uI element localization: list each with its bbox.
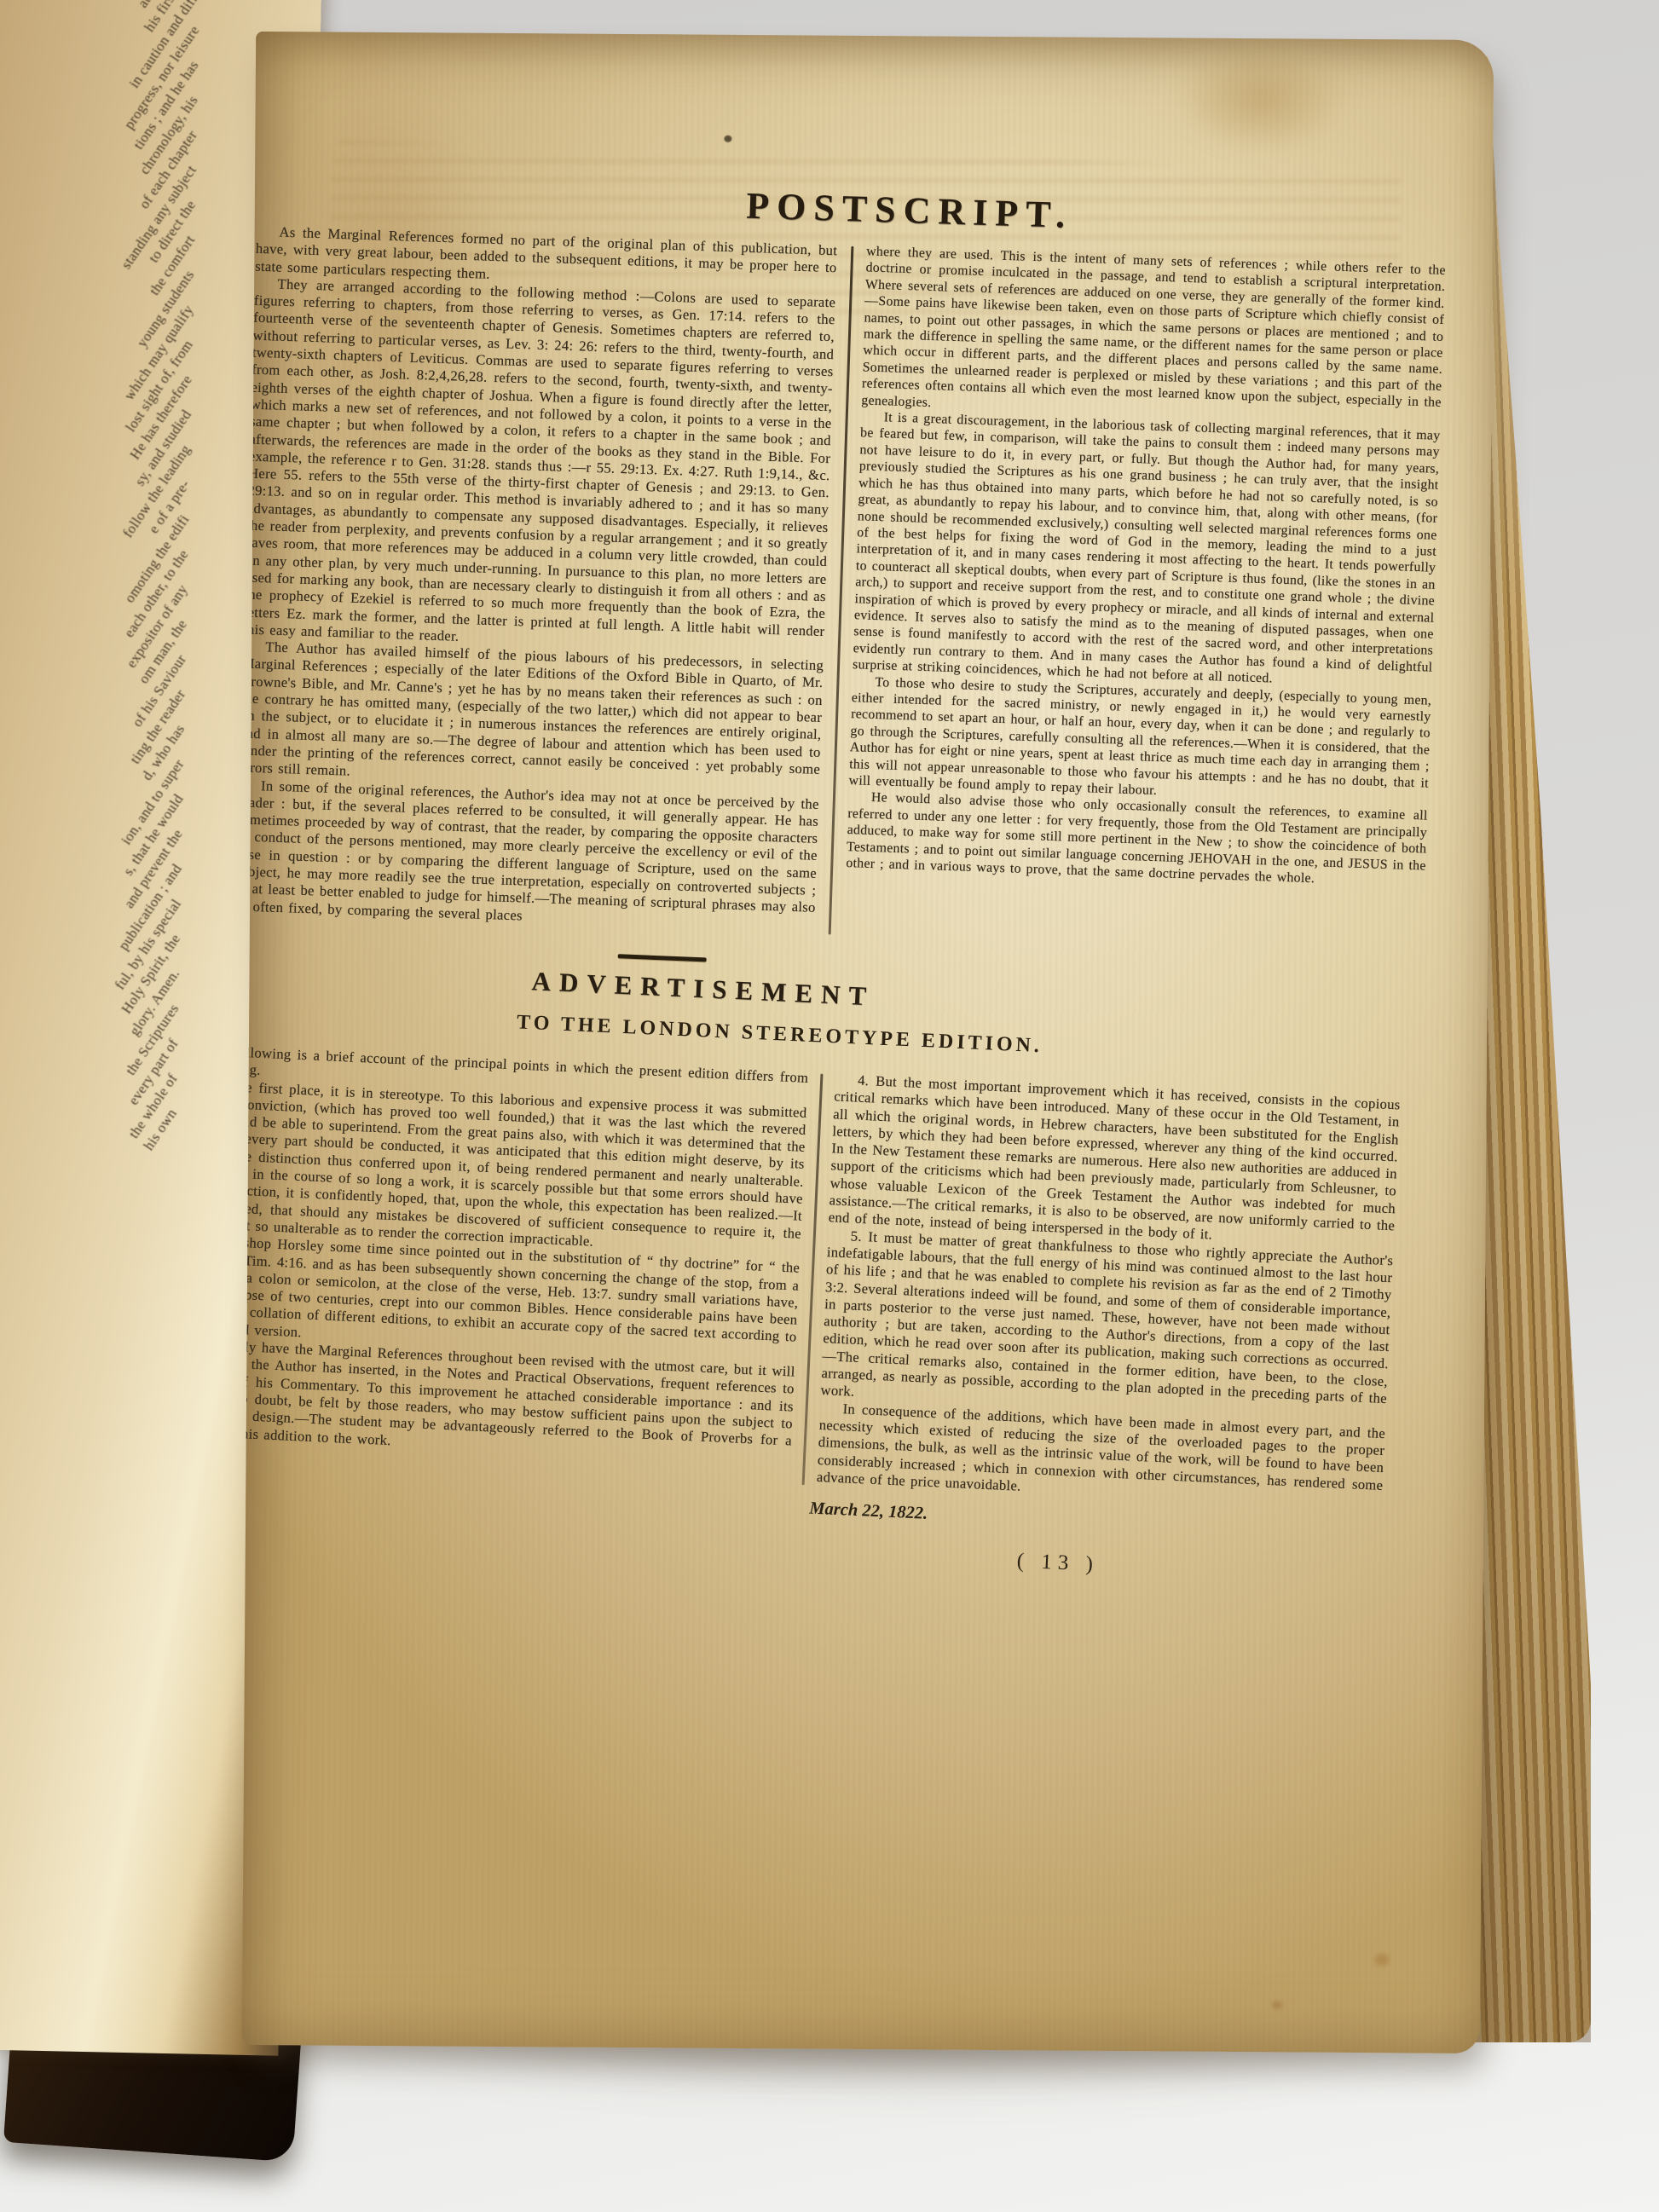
postscript-right-column: where they are used. This is the intent … — [846, 243, 1446, 891]
advertisement-columns: THE following is a brief account of the … — [242, 1041, 1413, 1511]
paragraph: It is a great discouragement, in the lab… — [853, 408, 1441, 692]
advertisement-right-column: 4. But the most important improvement wh… — [817, 1071, 1401, 1511]
section-divider — [618, 954, 707, 962]
page-number: ( 13 ) — [1016, 1550, 1099, 1577]
paragraph: To those who desire to study the Scriptu… — [848, 673, 1431, 808]
date-line: March 22, 1822. — [809, 1499, 928, 1524]
paragraph: The Author has availed himself of the pi… — [242, 638, 824, 796]
paragraph: 5. It must be matter of great thankfulne… — [820, 1227, 1394, 1425]
left-page-text-fragments: of the translationattention to threehis … — [0, 9, 280, 1292]
postscript-left-column: As the Marginal References formed no par… — [242, 223, 838, 934]
paragraph: 1. In the first place, it is in stereoty… — [242, 1076, 807, 1260]
stain — [1171, 43, 1351, 154]
advertisement-section: ADVERTISEMENT TO THE LONDON STEREOTYPE E… — [242, 950, 1418, 1639]
printed-page-content: POSTSCRIPT. As the Marginal References f… — [242, 183, 1493, 2053]
paragraph: 4. But the most important improvement wh… — [828, 1071, 1401, 1252]
postscript-columns: As the Marginal References formed no par… — [242, 223, 1448, 955]
paragraph: In some of the original references, the … — [242, 777, 819, 934]
paragraph: where they are used. This is the intent … — [861, 243, 1446, 428]
right-page: POSTSCRIPT. As the Marginal References f… — [242, 32, 1494, 2053]
ink-speck — [724, 136, 731, 142]
advertisement-left-column: THE following is a brief account of the … — [242, 1041, 809, 1467]
book-photo: of the translationattention to threehis … — [0, 0, 1659, 2212]
paragraph: They are arranged according to the follo… — [243, 275, 836, 658]
